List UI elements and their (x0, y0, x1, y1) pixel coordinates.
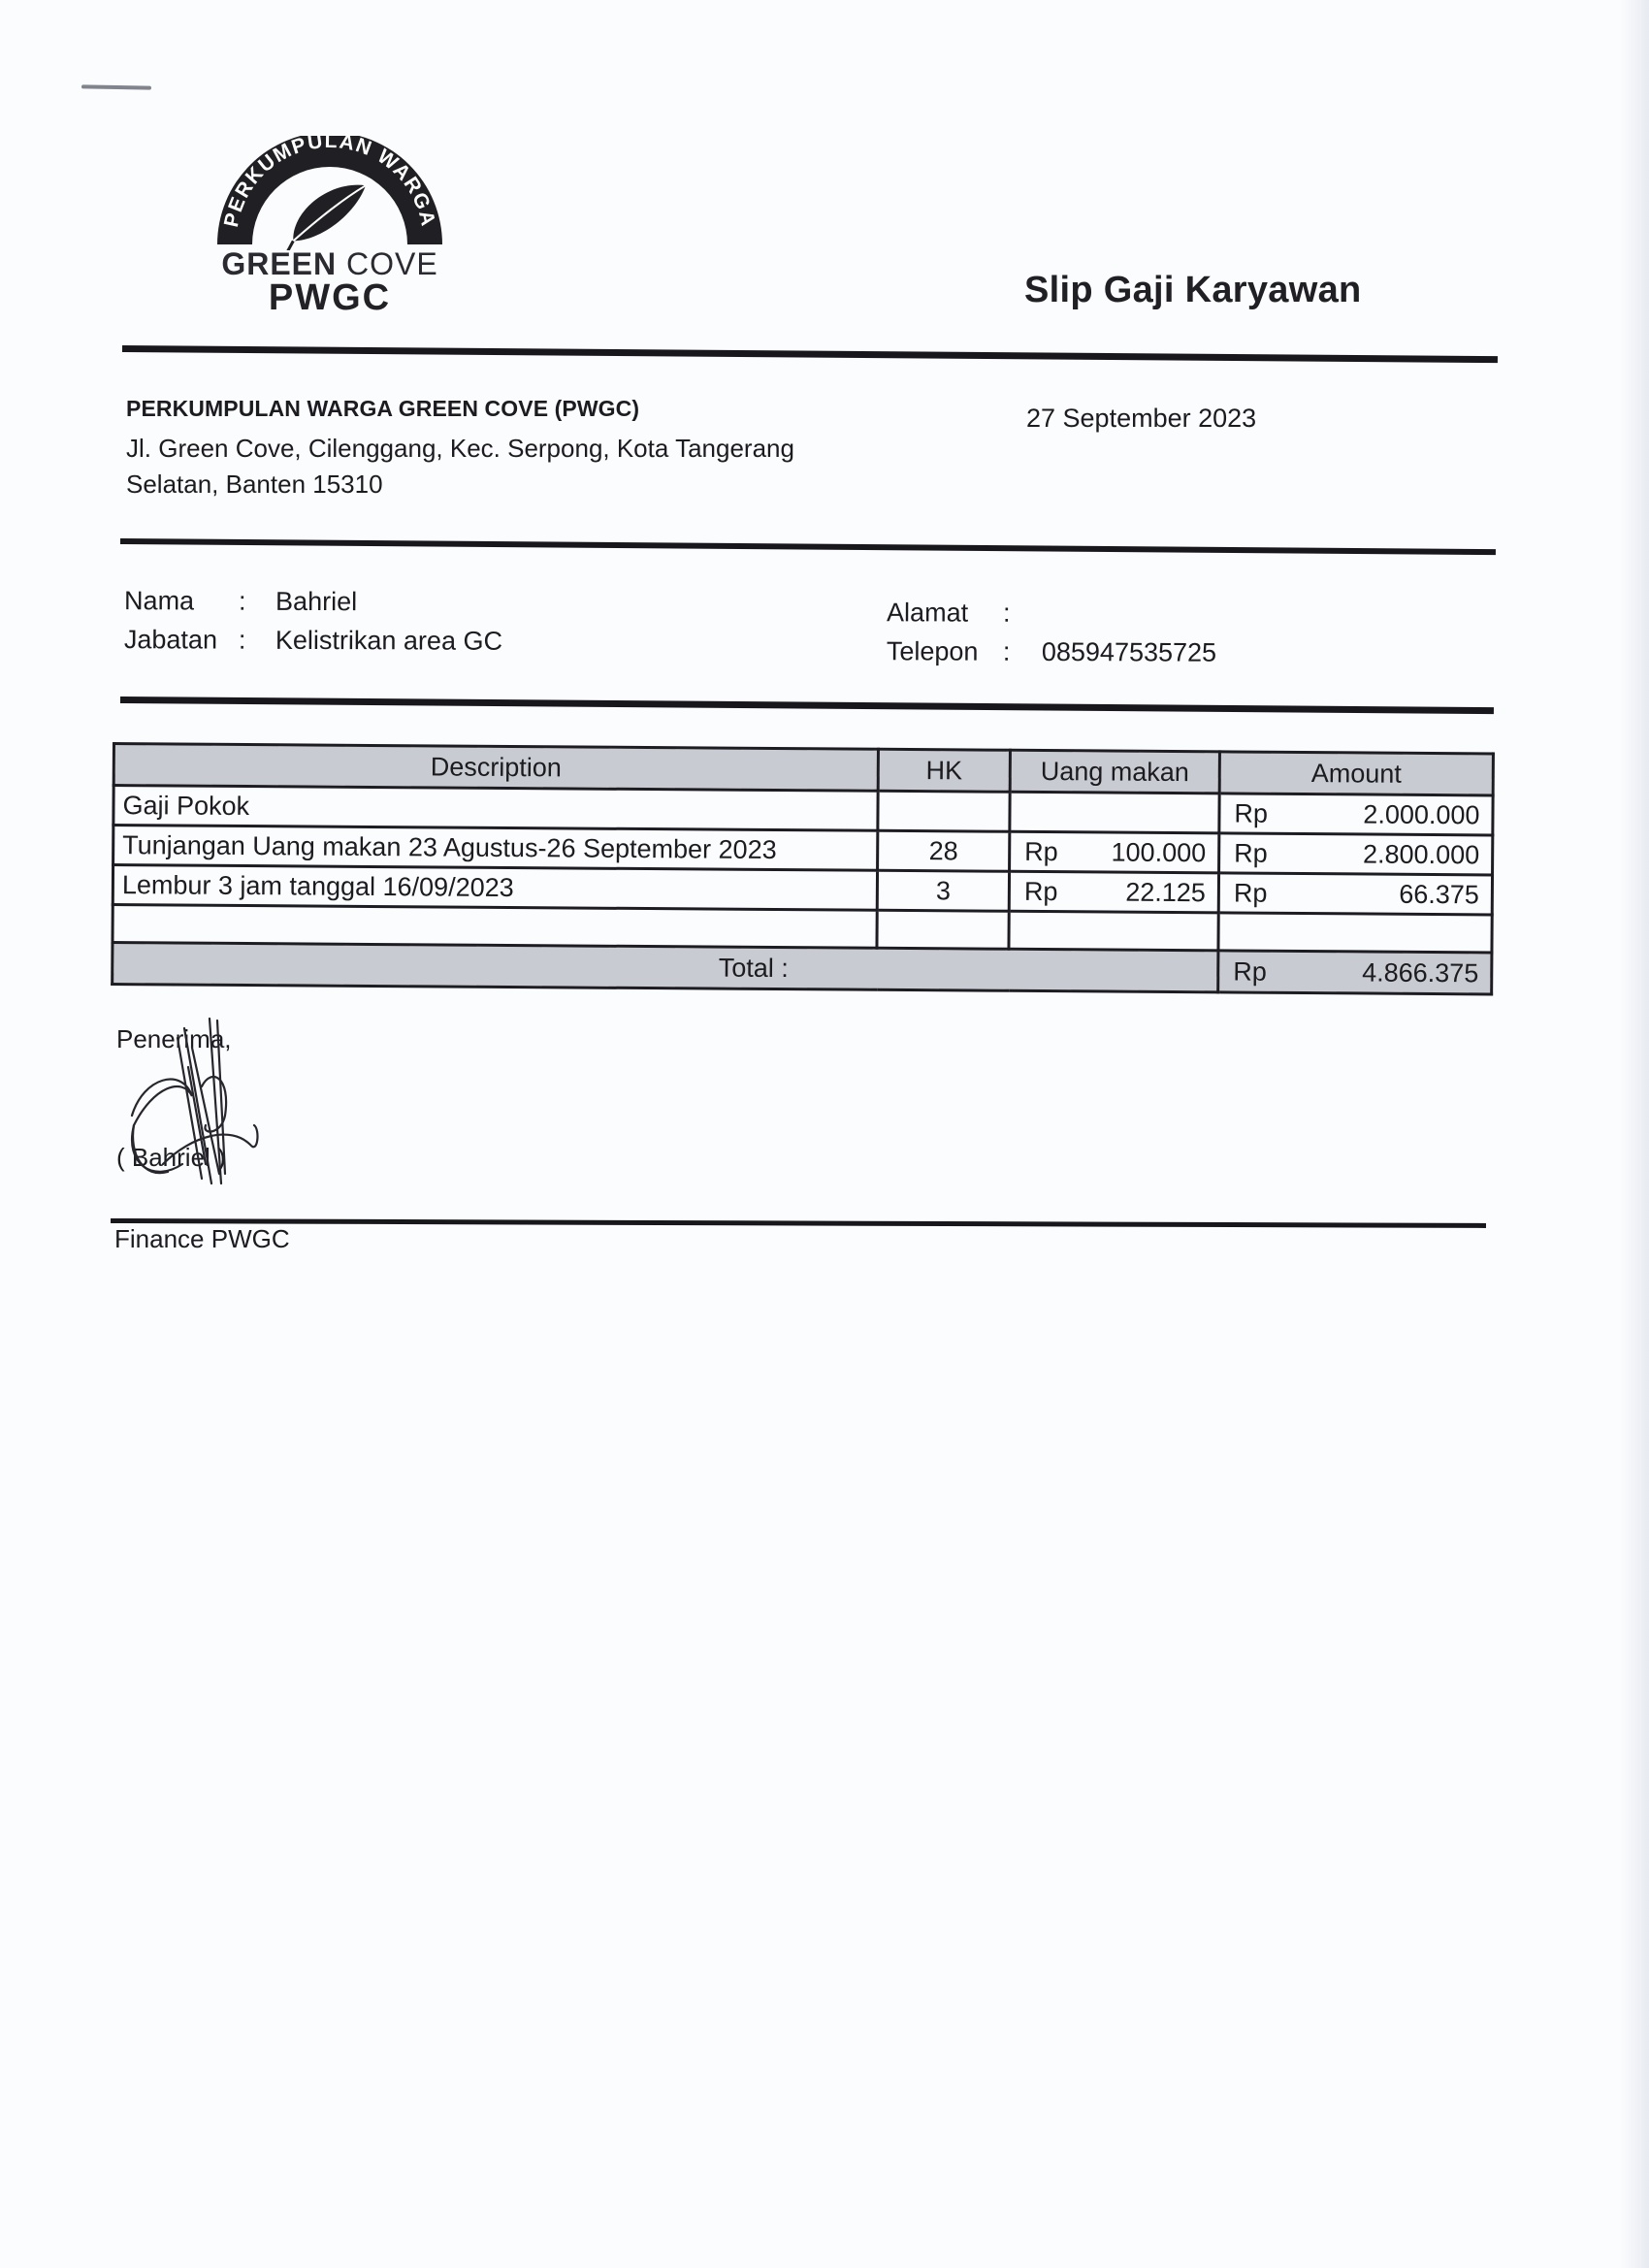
divider (120, 697, 1494, 714)
row-hk: 3 (877, 870, 1009, 911)
amount-value: 2.000.000 (1363, 799, 1483, 830)
row-meal-allowance: Rp100.000 (1010, 831, 1219, 873)
amount-value: 66.375 (1399, 879, 1483, 910)
colon: : (1003, 598, 1042, 628)
total-amount: 4.866.375 (1362, 957, 1482, 988)
employee-position-row: Jabatan : Kelistrikan area GC (124, 620, 502, 661)
colon: : (1003, 636, 1042, 666)
row-description: Gaji Pokok (113, 786, 878, 831)
finance-label: Finance PWGC (114, 1224, 290, 1254)
employee-name-row: Nama : Bahriel (124, 581, 502, 622)
company-address-line-1: Jl. Green Cove, Cilenggang, Kec. Serpong… (126, 431, 863, 467)
total-row: Total : Rp 4.866.375 (113, 943, 1492, 994)
header-amount: Amount (1219, 752, 1493, 795)
slip-date: 27 September 2023 (1026, 404, 1256, 434)
company-address: Jl. Green Cove, Cilenggang, Kec. Serpong… (126, 431, 863, 502)
header-meal-allowance: Uang makan (1010, 750, 1219, 794)
row-description (113, 905, 877, 949)
employee-address-row: Alamat : (887, 593, 1216, 632)
employee-phone-label: Telepon (887, 636, 1003, 667)
divider (122, 345, 1498, 363)
document-title: Slip Gaji Karyawan (1024, 270, 1362, 311)
amount-currency: Rp (1228, 798, 1268, 828)
scan-mark (81, 84, 151, 89)
employee-position-label: Jabatan (124, 625, 239, 656)
total-currency: Rp (1227, 956, 1267, 987)
header-description: Description (113, 744, 878, 792)
employee-position: Kelistrikan area GC (275, 625, 502, 656)
company-address-line-2: Selatan, Banten 15310 (126, 467, 863, 502)
row-meal-allowance (1009, 911, 1218, 951)
logo-arc: PERKUMPULAN WARGA (211, 136, 448, 250)
amount-currency: Rp (1228, 878, 1268, 908)
employee-phone: 085947535725 (1042, 636, 1216, 667)
row-amount: Rp2.800.000 (1219, 833, 1493, 875)
colon: : (239, 625, 275, 655)
logo-abbreviation: PWGC (211, 277, 448, 319)
employee-name-label: Nama (124, 586, 239, 617)
divider (111, 1218, 1486, 1228)
row-amount (1218, 913, 1492, 953)
total-amount-cell: Rp 4.866.375 (1218, 951, 1492, 994)
row-amount: Rp2.000.000 (1219, 794, 1493, 835)
row-hk (878, 791, 1010, 831)
employee-info-right: Alamat : Telepon : 085947535725 (887, 593, 1217, 671)
total-label: Total : (113, 943, 1218, 992)
company-name: PERKUMPULAN WARGA GREEN COVE (PWGC) (126, 396, 639, 422)
employee-info-left: Nama : Bahriel Jabatan : Kelistrikan are… (124, 581, 502, 661)
employee-address-label: Alamat (887, 598, 1003, 629)
leaf-icon (269, 172, 374, 250)
meal-currency: Rp (1018, 836, 1058, 866)
meal-value: 22.125 (1125, 877, 1210, 908)
row-hk: 28 (878, 830, 1010, 871)
divider (120, 538, 1496, 555)
amount-value: 2.800.000 (1363, 839, 1483, 870)
colon: : (239, 586, 275, 616)
row-hk (877, 910, 1009, 949)
salary-table: Description HK Uang makan Amount Gaji Po… (111, 742, 1492, 995)
header-hk: HK (878, 749, 1010, 792)
row-description: Lembur 3 jam tanggal 16/09/2023 (113, 865, 877, 911)
employee-phone-row: Telepon : 085947535725 (887, 632, 1216, 671)
meal-value: 100.000 (1111, 837, 1210, 868)
row-amount: Rp66.375 (1218, 873, 1492, 915)
row-description: Tunjangan Uang makan 23 Agustus-26 Septe… (113, 826, 878, 871)
scan-edge-shadow (1620, 0, 1649, 2268)
amount-currency: Rp (1228, 838, 1268, 868)
meal-currency: Rp (1018, 876, 1058, 906)
row-meal-allowance (1010, 792, 1219, 833)
organization-logo: PERKUMPULAN WARGA GREEN COVE PWGC (211, 136, 448, 320)
salary-table-grid: Description HK Uang makan Amount Gaji Po… (111, 742, 1495, 995)
signature-scribble (124, 1009, 270, 1193)
row-meal-allowance: Rp22.125 (1009, 871, 1218, 913)
employee-name: Bahriel (275, 586, 357, 616)
